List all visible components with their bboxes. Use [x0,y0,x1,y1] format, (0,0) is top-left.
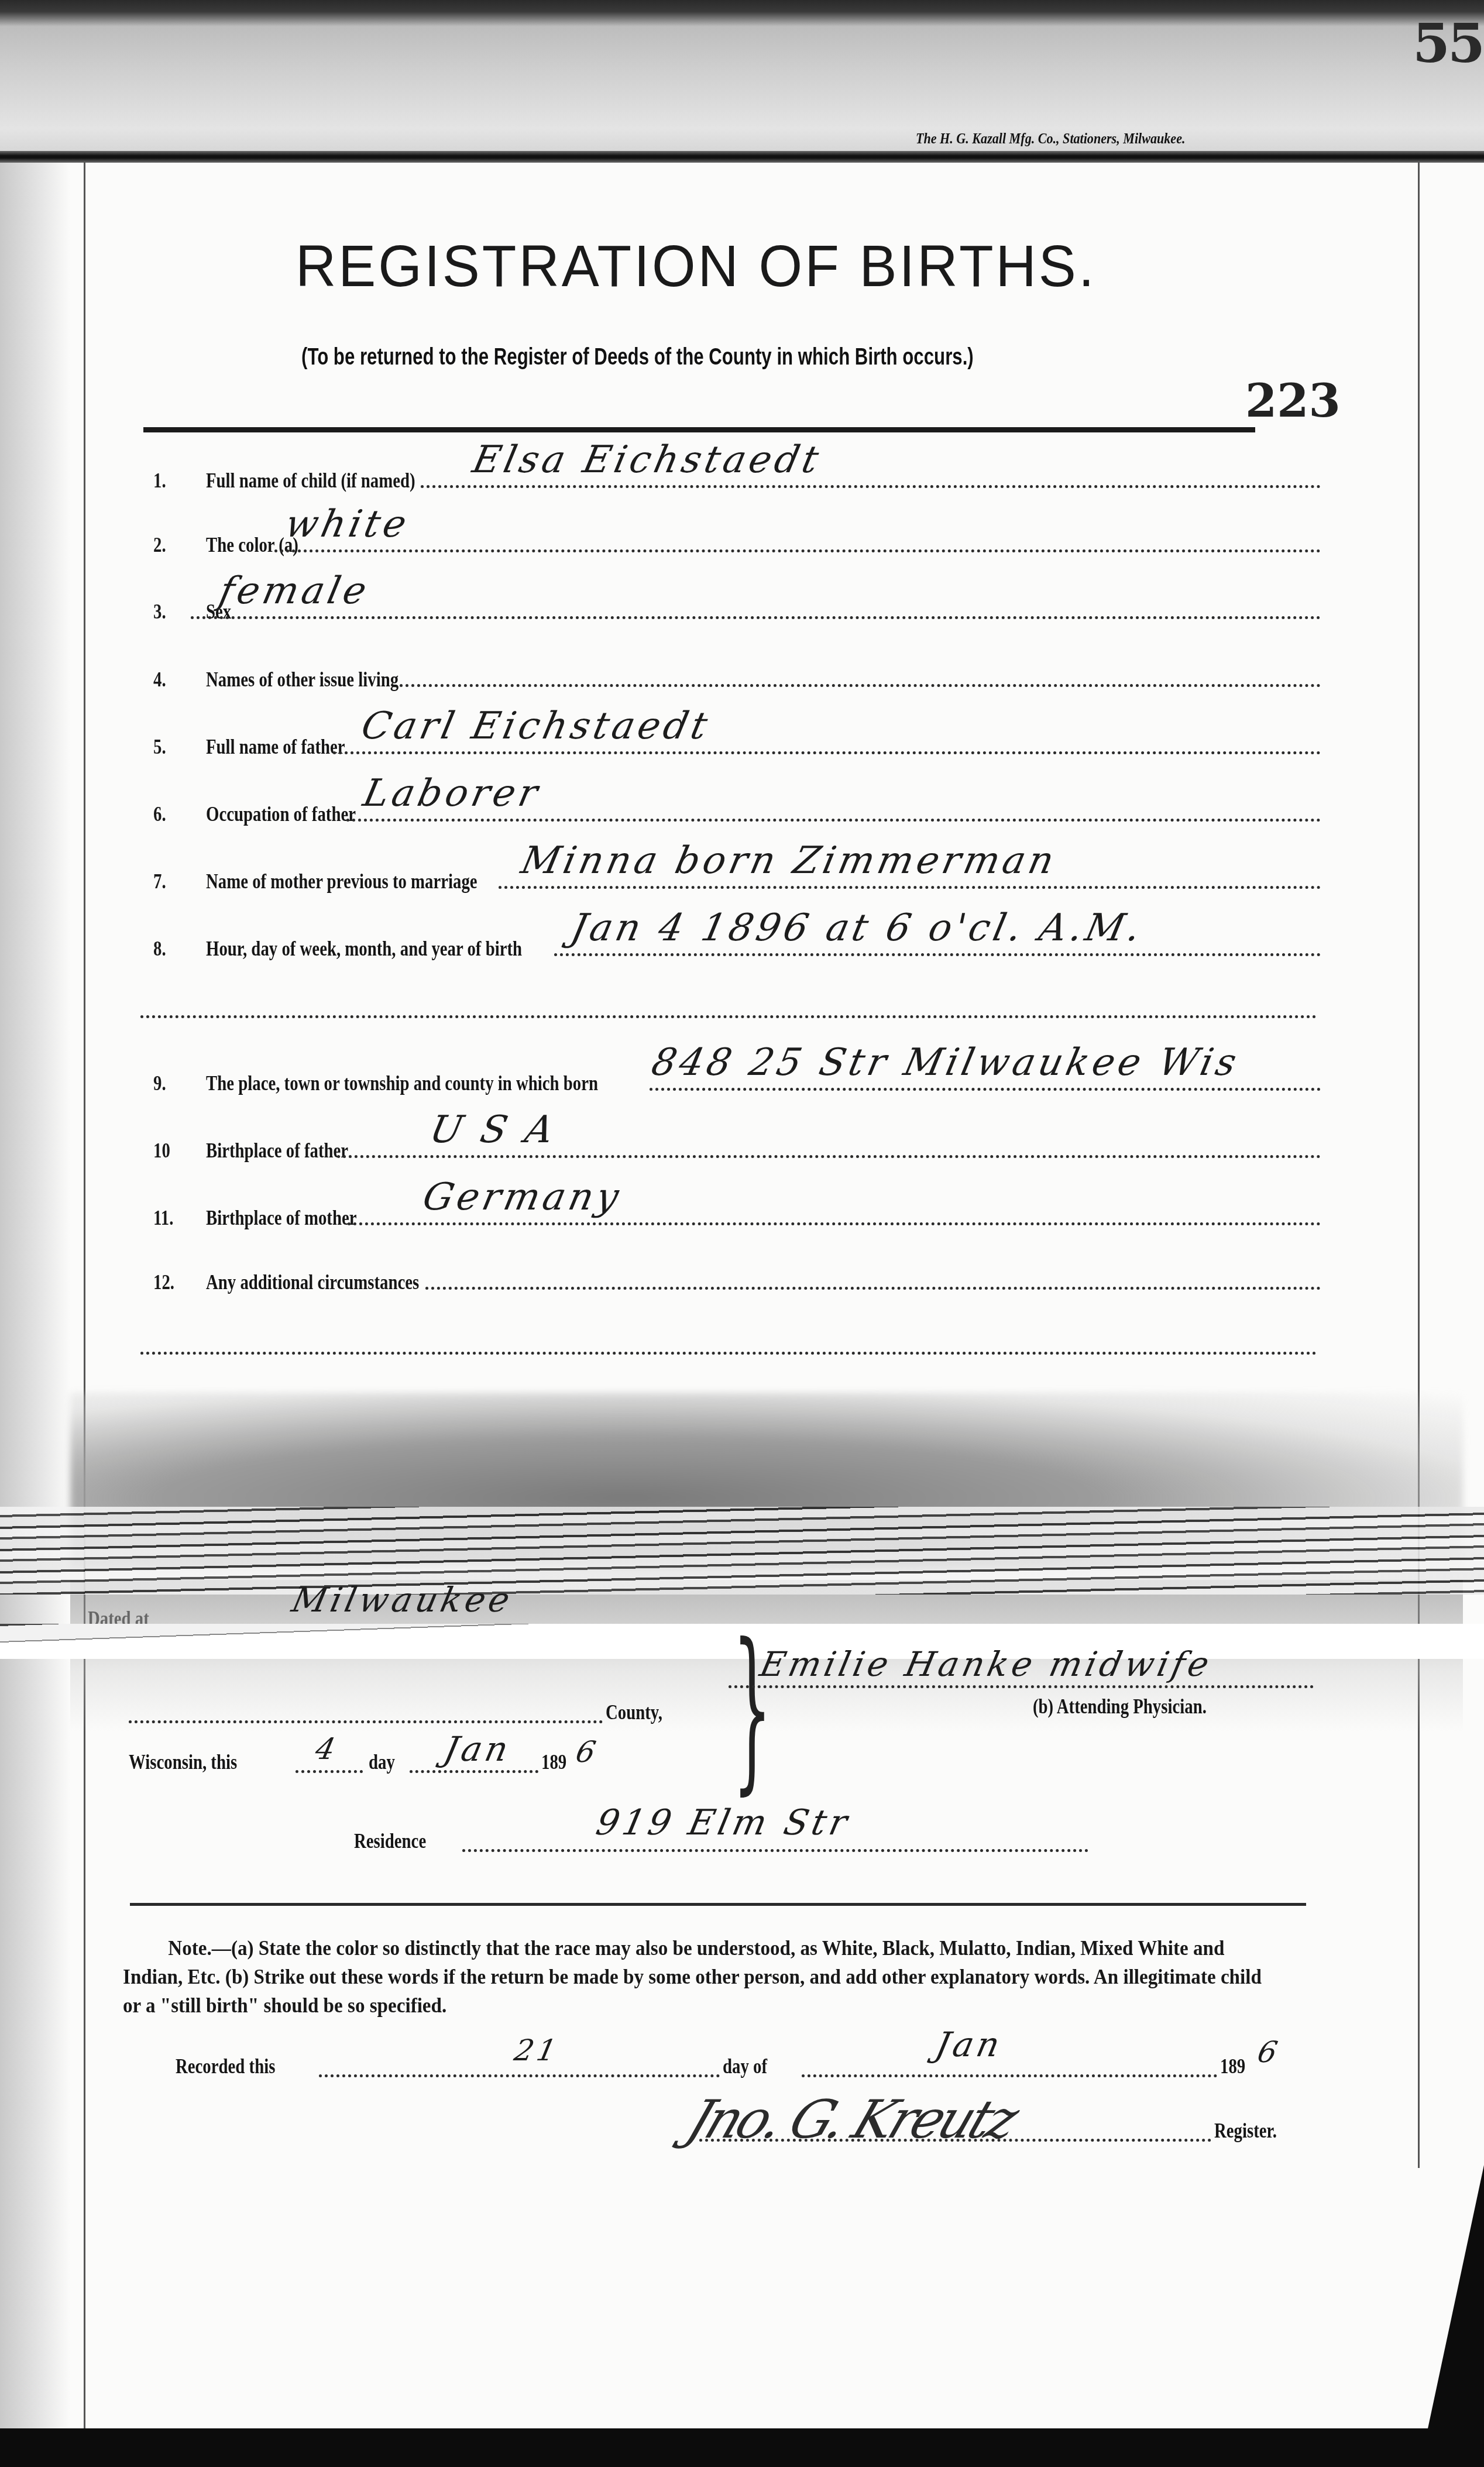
field-number: 4. [153,667,195,692]
field-label: The place, town or township and county i… [206,1071,598,1095]
field-sex: 3. Sex female [153,599,1321,624]
continuation-line[interactable] [140,1015,1317,1018]
physician-value: Emilie Hanke midwife [757,1644,1216,1684]
field-line[interactable]: Elsa Eichstaedt [421,482,1321,488]
day-of-label: day of [723,2054,767,2078]
field-line[interactable]: Minna born Zimmerman [499,882,1321,889]
field-line[interactable] [400,681,1321,687]
top-margin-band [0,0,1484,158]
field-line[interactable]: white [274,546,1321,552]
top-rule [0,151,1484,163]
day-value: 4 [312,1732,342,1766]
field-line[interactable]: Carl Eichstaedt [333,748,1321,754]
handwritten-value: Jan 4 1896 at 6 o'cl. A.M. [567,906,1148,950]
field-child-name: 1. Full name of child (if named) Elsa Ei… [153,468,1321,493]
handwritten-value: 848 25 Str Milwaukee Wis [648,1041,1243,1084]
field-mother-birthplace: 11. Birthplace of mother Germany [153,1205,1321,1230]
recorded-month-line[interactable] [802,2074,1217,2077]
recorded-label: Recorded this [176,2054,275,2078]
field-label: Occupation of father [206,802,356,826]
year-suffix: 6 [573,1735,602,1769]
field-line[interactable]: 848 25 Str Milwaukee Wis [650,1084,1321,1091]
field-line[interactable]: U S A [337,1152,1321,1158]
recorded-year-prefix: 189 [1220,2054,1245,2078]
field-label: Birthplace of father [206,1138,348,1163]
left-margin-shade [0,158,70,2428]
field-line[interactable]: Germany [348,1219,1321,1225]
handwritten-value: U S A [426,1108,561,1152]
residence-label: Residence [354,1829,426,1853]
field-father-name: 5. Full name of father Carl Eichstaedt [153,734,1321,759]
field-number: 11. [153,1205,195,1230]
day-line[interactable] [296,1770,363,1773]
handwritten-value: Elsa Eichstaedt [469,438,826,482]
dated-at-value: Milwaukee [288,1580,517,1620]
field-number: 12. [153,1270,195,1294]
month-value: Jan [441,1729,516,1769]
instructions-note: Note.—(a) State the color so distinctly … [123,1934,1264,2020]
field-other-issue: 4. Names of other issue living [153,667,1321,692]
signature-line[interactable] [699,2139,1211,2142]
county-line[interactable] [129,1720,603,1723]
header-rule [143,427,1255,432]
county-label: County, [606,1700,662,1724]
recorded-day-line[interactable] [319,2074,720,2077]
year-prefix: 189 [541,1750,566,1774]
page-number: 55 [1413,12,1483,75]
page-title: REGISTRATION OF BIRTHS. [296,232,1097,300]
field-label: Name of mother previous to marriage [206,869,478,894]
field-number: 8. [153,936,195,961]
field-mother-maiden-name: 7. Name of mother previous to marriage M… [153,869,1321,894]
recorded-day-value: 21 [511,2033,563,2067]
field-father-occupation: 6. Occupation of father Laborer [153,802,1321,826]
field-label: Names of other issue living [206,667,399,692]
physician-line[interactable] [729,1685,1314,1688]
field-label: Hour, day of week, month, and year of bi… [206,936,522,961]
registration-number: 223 [1245,374,1341,428]
field-number: 10 [153,1138,195,1163]
handwritten-value: Carl Eichstaedt [358,705,714,748]
residence-value: 919 Elm Str [593,1802,854,1843]
field-number: 7. [153,869,195,894]
stationer-imprint: The H. G. Kazall Mfg. Co., Stationers, M… [916,130,1185,147]
section-rule [130,1903,1306,1906]
field-number: 1. [153,468,195,493]
field-birth-datetime: 8. Hour, day of week, month, and year of… [153,936,1321,961]
field-number: 6. [153,802,195,826]
month-line[interactable] [410,1770,538,1773]
wisconsin-label: Wisconsin, this [129,1750,237,1774]
handwritten-value: female [215,569,373,613]
handwritten-value: white [281,503,414,546]
field-number: 3. [153,599,195,624]
recorded-year-suffix: 6 [1255,2035,1284,2069]
field-label: Any additional circumstances [206,1270,419,1294]
field-number: 2. [153,532,195,557]
handwritten-value: Laborer [359,772,545,815]
field-line[interactable]: female [191,613,1321,619]
left-border-line [84,161,85,2431]
residence-line[interactable] [462,1849,1088,1852]
field-label: Full name of child (if named) [206,468,415,493]
field-father-birthplace: 10 Birthplace of father U S A [153,1138,1321,1163]
field-line[interactable]: Jan 4 1896 at 6 o'cl. A.M. [554,950,1321,956]
right-border-line [1418,161,1420,2168]
field-line[interactable]: Laborer [346,815,1321,822]
field-number: 9. [153,1071,195,1095]
handwritten-value: Germany [419,1176,626,1219]
scan-corner-shadow [1420,2165,1484,2467]
register-label: Register. [1214,2118,1277,2143]
continuation-line[interactable] [140,1352,1317,1355]
field-line[interactable] [425,1283,1321,1290]
bottom-scan-border [0,2428,1484,2467]
field-additional-circumstances: 12. Any additional circumstances [153,1270,1321,1294]
page-subtitle: (To be returned to the Register of Deeds… [301,344,974,370]
handwritten-value: Minna born Zimmerman [517,839,1061,882]
paper-fold [0,1507,1484,1595]
field-label: Birthplace of mother [206,1205,357,1230]
field-color: 2. The color (a) white [153,532,1321,557]
recorded-month-value: Jan [932,2025,1007,2064]
field-label: Full name of father [206,734,345,759]
field-number: 5. [153,734,195,759]
field-birth-place: 9. The place, town or township and count… [153,1071,1321,1095]
day-label: day [369,1750,395,1774]
physician-label: (b) Attending Physician. [1033,1694,1207,1719]
